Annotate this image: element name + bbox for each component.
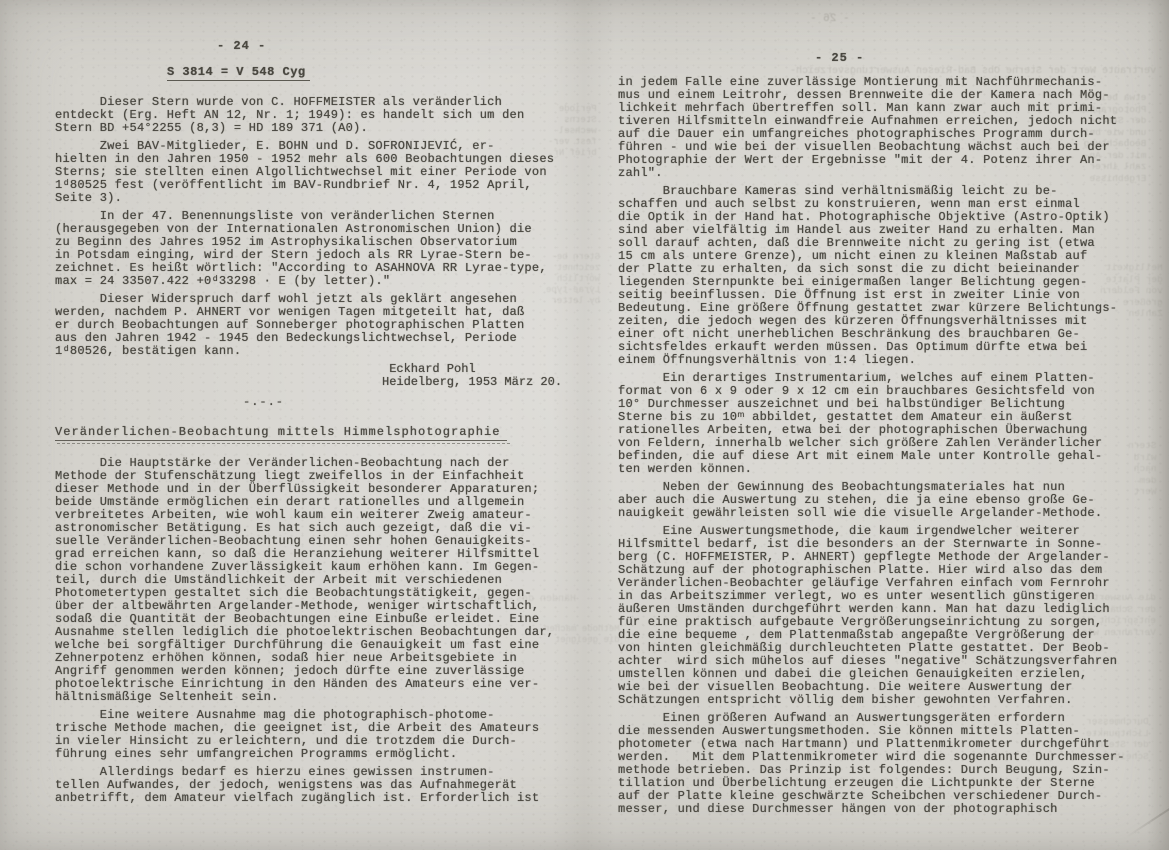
page-25-paragraph-3: Ein derartiges Instrumentarium, welches … — [618, 372, 1123, 476]
page-24-paragraph-4: Dieser Widerspruch darf wohl jetzt als g… — [55, 293, 565, 358]
page-25-paragraph-6: Einen größeren Aufwand an Auswertungsger… — [618, 712, 1123, 816]
section-divider: -.-.- — [243, 396, 565, 409]
bleedthrough-fragment: - 26 - — [810, 14, 850, 26]
page-24-paragraph-6: Eine weitere Ausnahme mag die photograph… — [55, 709, 565, 761]
page-24-paragraph-3: In der 47. Benennungsliste von veränderl… — [55, 210, 565, 288]
scan-edge-shadow — [1147, 0, 1169, 850]
bleedthrough-fragment: Stern wird nach dem Wert — [1128, 440, 1157, 498]
page-24-paragraph-5: Die Hauptstärke der Veränderlichen-Beoba… — [55, 457, 565, 704]
page-25-number: - 25 - — [815, 52, 1123, 65]
page-24-title-row: S 3814 = V 548 Cyg — [167, 66, 565, 81]
star-designation-title: S 3814 = V 548 Cyg — [167, 66, 310, 81]
page-24-paragraph-7: Allerdings bedarf es hierzu eines gewiss… — [55, 766, 565, 805]
page-25-paragraph-1: in jedem Falle eine zuverlässige Montier… — [618, 76, 1123, 180]
page-25-paragraph-5: Eine Auswertungsmethode, die kaum irgend… — [618, 525, 1123, 707]
section-heading: Veränderlichen-Beobachtung mittels Himme… — [55, 426, 507, 441]
page-25-paragraph-4: Neben der Gewinnung des Beobachtungsmate… — [618, 481, 1123, 520]
page-24-paragraph-2: Zwei BAV-Mitglieder, E. BOHN und D. SOFR… — [55, 140, 565, 205]
page-24-paragraph-1: Dieser Stern wurde von C. HOFFMEISTER al… — [55, 96, 565, 135]
page-25-paragraph-2: Brauchbare Kameras sind verhältnismäßig … — [618, 185, 1123, 367]
paper-crease-mark — [1126, 808, 1169, 838]
scanned-document-spread: - 24 - S 3814 = V 548 Cyg Dieser Stern w… — [0, 0, 1169, 850]
signature-block: Eckhard Pohl Heidelberg, 1953 März 20. — [382, 363, 565, 389]
page-25: - 25 - in jedem Falle eine zuverlässige … — [618, 52, 1123, 821]
page-24-number: - 24 - — [217, 40, 565, 53]
page-24: - 24 - S 3814 = V 548 Cyg Dieser Stern w… — [55, 40, 565, 810]
section-heading-row: Veränderlichen-Beobachtung mittels Himme… — [55, 426, 565, 441]
